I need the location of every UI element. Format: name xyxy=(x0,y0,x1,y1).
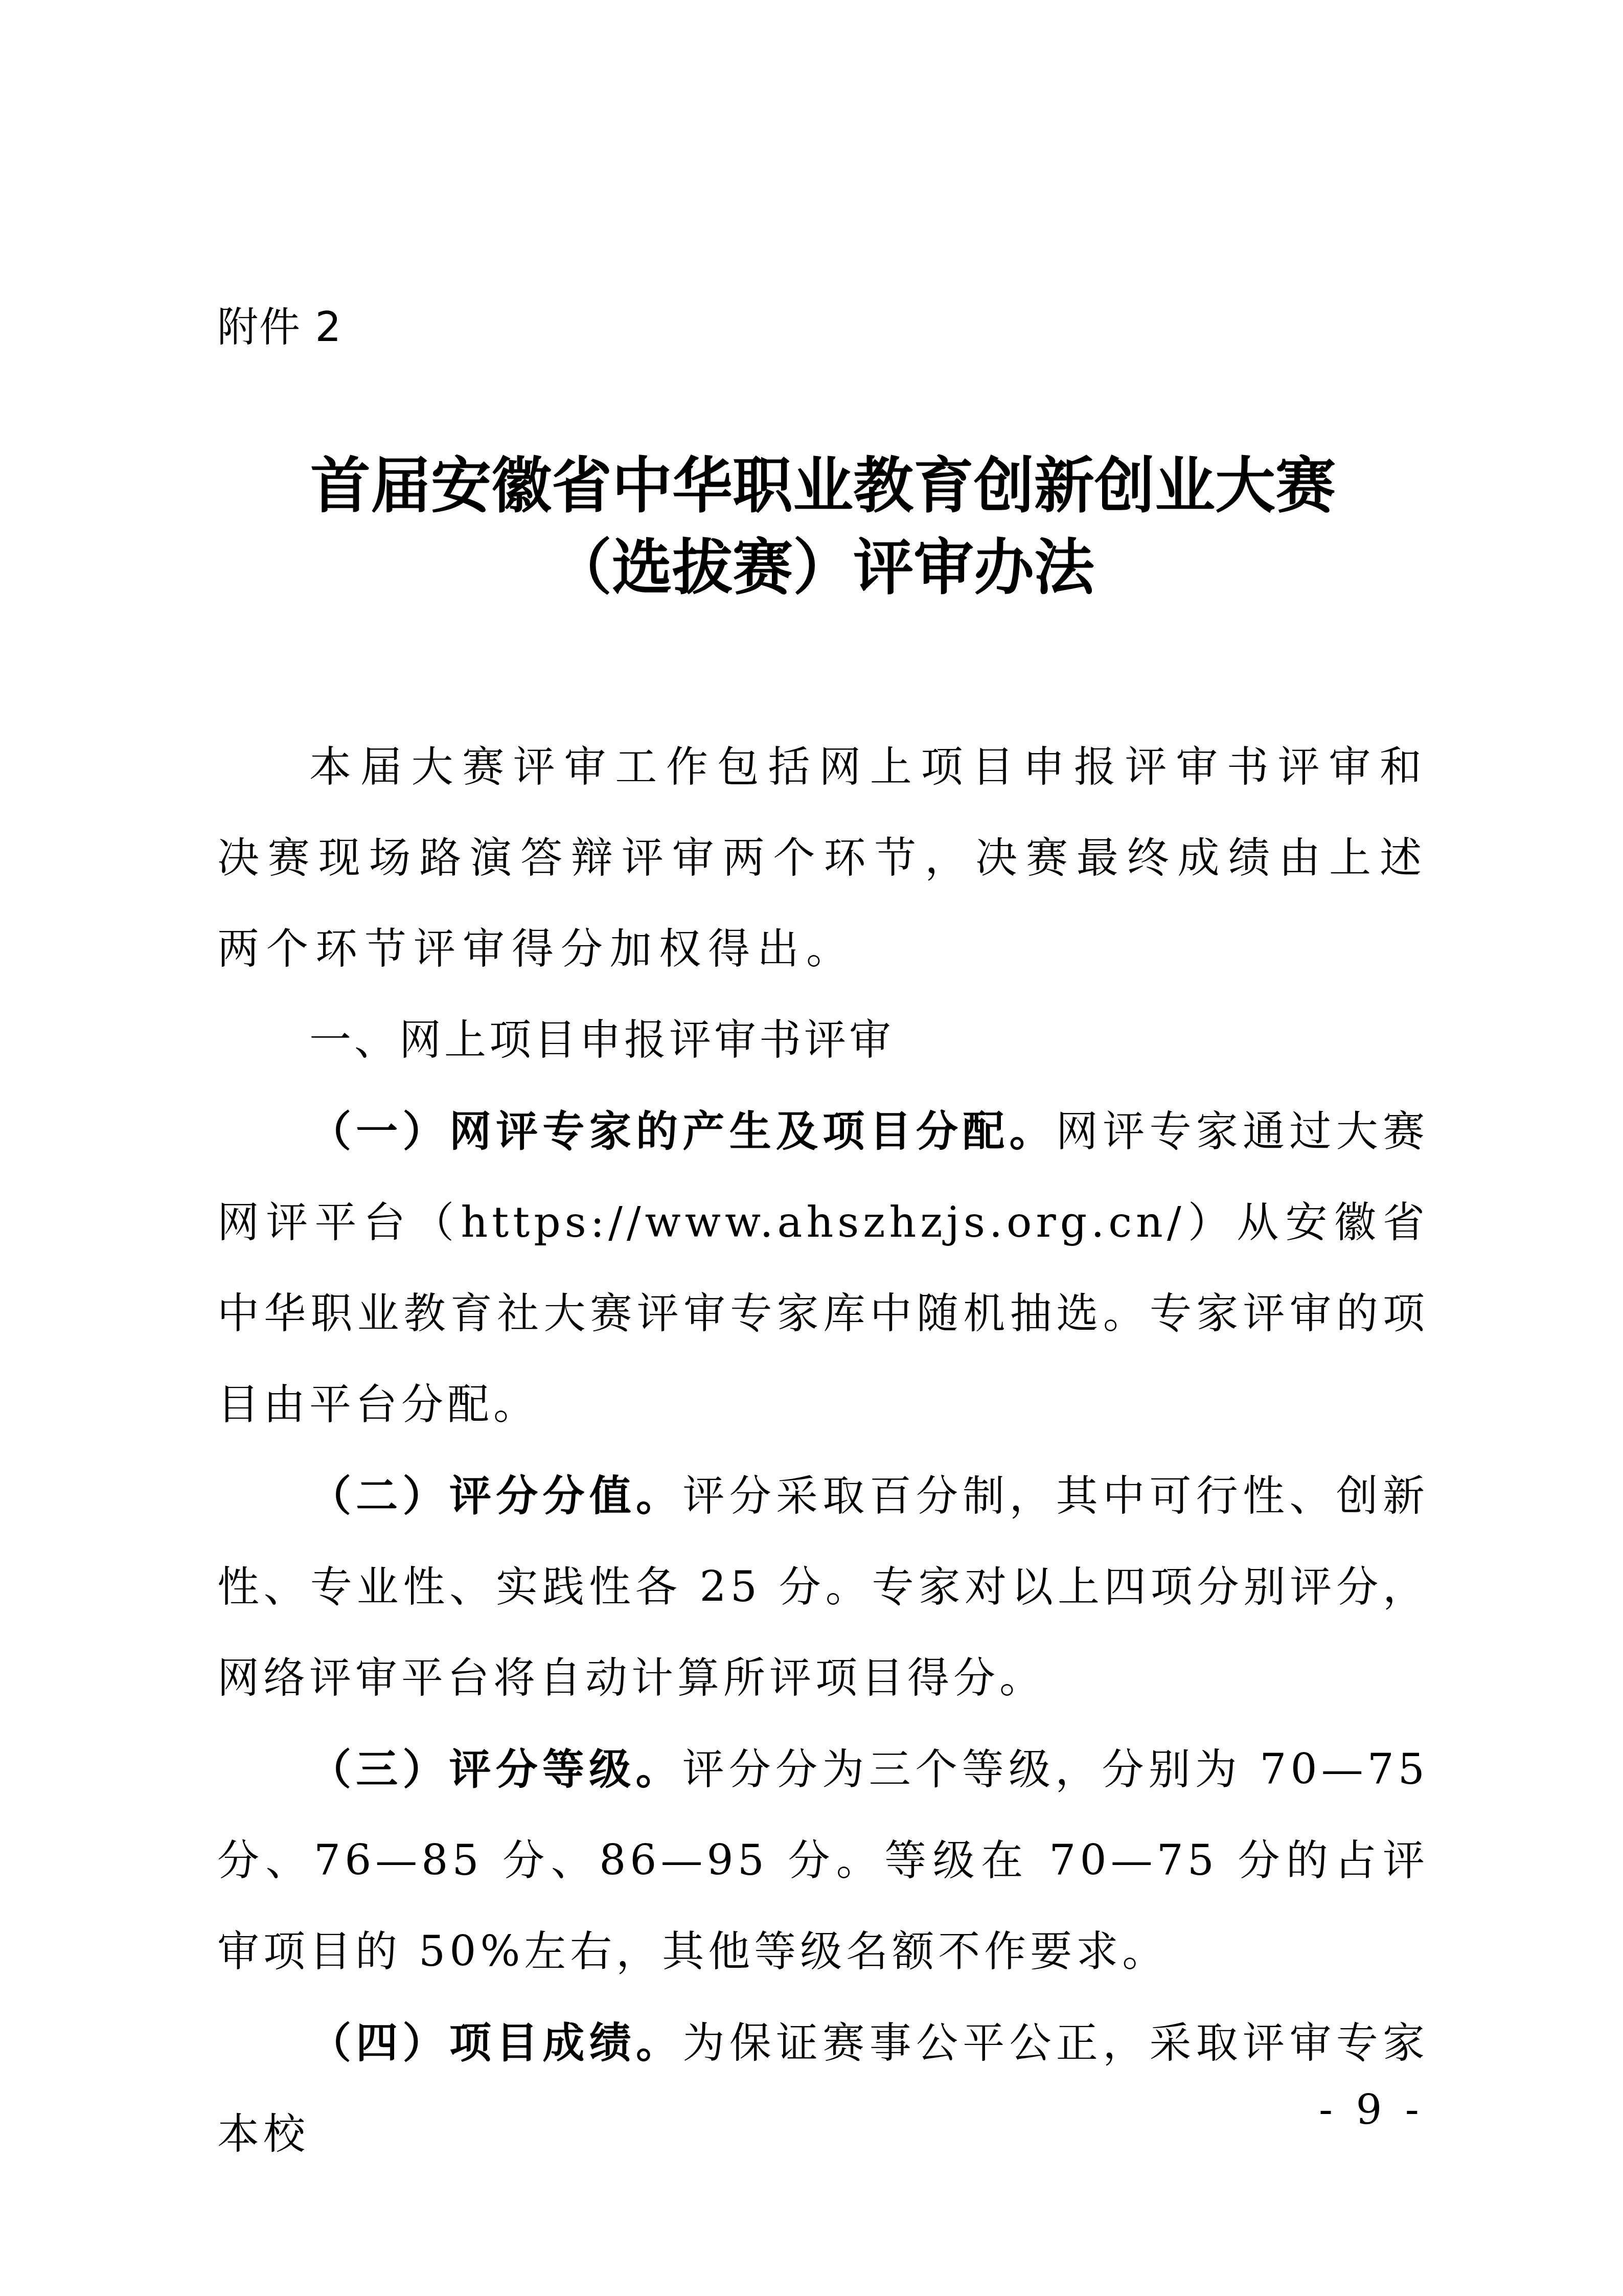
document-body: 本届大赛评审工作包括网上项目申报评审书评审和决赛现场路演答辩评审两个环节，决赛最… xyxy=(217,722,1429,2180)
item-lead: （二）评分分值。 xyxy=(309,1471,682,1520)
document-page: 附件 2 首届安徽省中华职业教育创新创业大赛 （选拔赛）评审办法 本届大赛评审工… xyxy=(0,0,1623,2296)
page-number: - 9 - xyxy=(1319,2086,1424,2133)
document-title-line2: （选拔赛）评审办法 xyxy=(217,532,1429,603)
item-lead: （四）项目成绩。 xyxy=(309,2018,682,2067)
document-title-line1: 首届安徽省中华职业教育创新创业大赛 xyxy=(217,450,1429,521)
intro-paragraph: 本届大赛评审工作包括网上项目申报评审书评审和决赛现场路演答辩评审两个环节，决赛最… xyxy=(217,722,1429,995)
item-score-grades: （三）评分等级。评分分为三个等级，分别为 70—75 分、76—85 分、86—… xyxy=(217,1724,1429,1997)
item-score-values: （二）评分分值。评分采取百分制，其中可行性、创新性、专业性、实践性各 25 分。… xyxy=(217,1450,1429,1724)
attachment-label: 附件 2 xyxy=(217,302,342,353)
item-project-results: （四）项目成绩。为保证赛事公平公正，采取评审专家本校 xyxy=(217,1997,1429,2180)
section-heading-online-review: 一、网上项目申报评审书评审 xyxy=(217,995,1429,1086)
item-lead: （三）评分等级。 xyxy=(309,1745,682,1794)
item-expert-selection: （一）网评专家的产生及项目分配。网评专家通过大赛网评平台（https://www… xyxy=(217,1086,1429,1450)
item-lead: （一）网评专家的产生及项目分配。 xyxy=(309,1107,1056,1156)
